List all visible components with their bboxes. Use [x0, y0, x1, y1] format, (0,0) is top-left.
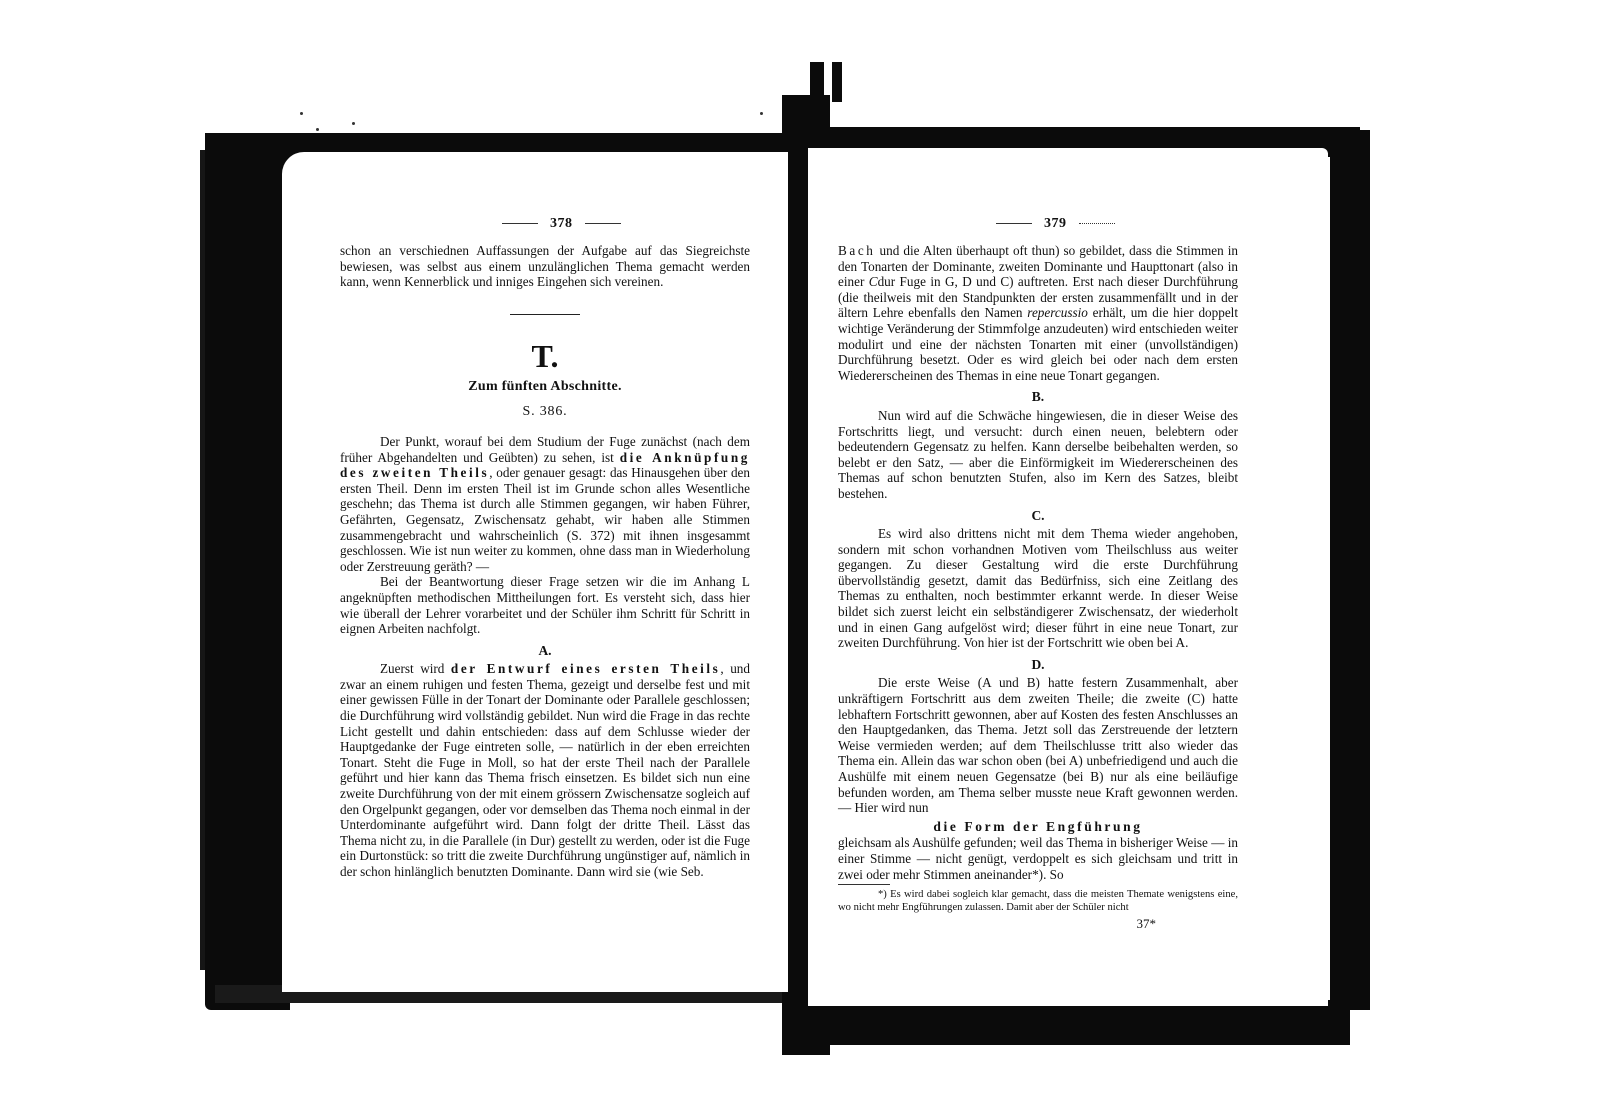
left-page-number: 378: [490, 216, 633, 232]
folio-dash: [1079, 223, 1115, 224]
section-heading-a: A.: [340, 643, 750, 659]
paragraph: Die erste Weise (A und B) hatte festern …: [838, 675, 1238, 815]
emphasis-spaced: der Entwurf eines ersten Theils: [451, 661, 721, 676]
form-heading: die Form der Engführung: [838, 819, 1238, 835]
continuation-paragraph: Bach und die Alten überhaupt oft thun) s…: [838, 243, 1238, 383]
paragraph: gleichsam als Aushülfe gefunden; weil da…: [838, 835, 1238, 882]
continuation-paragraph: schon an verschiednen Auffassungen der A…: [340, 243, 750, 290]
emphasis-spaced: Bach: [838, 243, 876, 258]
footnote: *) Es wird dabei sogleich klar gemacht, …: [838, 888, 1238, 914]
right-page-body: Bach und die Alten überhaupt oft thun) s…: [838, 243, 1238, 932]
signature-mark: 37*: [838, 916, 1238, 932]
paragraph: Zuerst wird der Entwurf eines ersten The…: [340, 661, 750, 879]
section-heading-d: D.: [838, 657, 1238, 673]
page-number-text: 378: [550, 216, 573, 231]
text-run: , und zwar an einem ruhigen und festen T…: [340, 661, 750, 879]
paragraph: Bei der Beantwortung dieser Frage setzen…: [340, 574, 750, 636]
folio-dash: [996, 223, 1032, 224]
section-heading-c: C.: [838, 508, 1238, 524]
section-divider: [510, 314, 580, 315]
scan-border-right: [1330, 130, 1370, 1010]
scan-speck: [300, 112, 303, 115]
scan-speck: [316, 128, 319, 131]
chapter-title: Zum fünften Abschnitte.: [340, 379, 750, 395]
right-page-number: 379: [984, 216, 1127, 232]
scan-speck: [760, 112, 763, 115]
section-reference: S. 386.: [340, 404, 750, 420]
italic-run: repercussio: [1027, 305, 1088, 320]
folio-dash: [585, 223, 621, 224]
page-number-text: 379: [1044, 216, 1067, 231]
text-run: Zuerst wird: [380, 661, 451, 676]
chapter-letter: T.: [340, 339, 750, 373]
scan-border-left: [205, 140, 290, 1010]
paragraph: Nun wird auf die Schwäche hingewiesen, d…: [838, 408, 1238, 502]
left-page-body: schon an verschiednen Auffassungen der A…: [340, 243, 750, 880]
folio-dash: [502, 223, 538, 224]
footnote-rule: [838, 884, 890, 885]
section-heading-b: B.: [838, 389, 1238, 405]
scan-border-bottom-right: [805, 1000, 1350, 1045]
paragraph: Es wird also drittens nicht mit dem Them…: [838, 526, 1238, 651]
paragraph: Der Punkt, worauf bei dem Studium der Fu…: [340, 434, 750, 574]
italic-run: C: [869, 274, 878, 289]
text-run: , oder genauer gesagt: das Hinausgehen ü…: [340, 465, 750, 574]
scan-spine-tab-2: [832, 62, 842, 102]
scan-speck: [352, 122, 355, 125]
